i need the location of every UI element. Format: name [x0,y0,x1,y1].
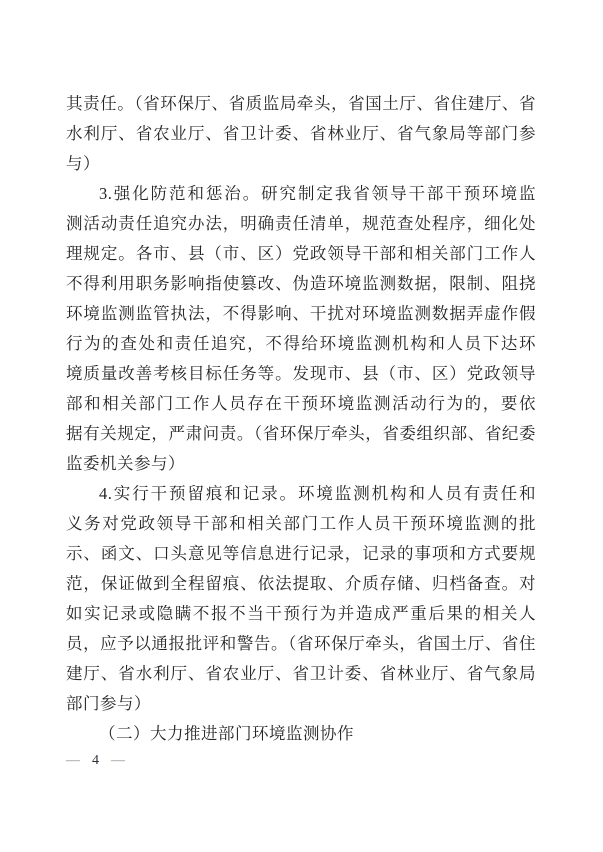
text-line: 部门参与） [66,689,536,719]
text-line-paragraph-4-start: 4.实行干预留痕和记录。环境监测机构和人员有责任和 [66,479,536,509]
text-line: 理规定。各市、县（市、区）党政领导干部和相关部门工作人员 [66,239,536,269]
text-line: 据有关规定，严肃问责。（省环保厅牵头，省委组织部、省纪委 [66,419,536,449]
text-line: 测活动责任追究办法，明确责任清单，规范查处程序，细化处 [66,209,536,239]
footer-left-dash: — [66,752,80,770]
text-line: 其责任。（省环保厅、省质监局牵头，省国土厅、省住建厅、省 [66,89,536,119]
text-line: 不得利用职务影响指使篡改、伪造环境监测数据，限制、阻挠 [66,269,536,299]
text-line: 环境监测监管执法，不得影响、干扰对环境监测数据弄虚作假 [66,299,536,329]
text-line: 员，应予以通报批评和警告。（省环保厅牵头，省国土厅、省住 [66,629,536,659]
text-line: 义务对党政领导干部和相关部门工作人员干预环境监测的批 [66,509,536,539]
text-line-paragraph-3-start: 3.强化防范和惩治。研究制定我省领导干部干预环境监 [66,179,536,209]
text-line: 水利厅、省农业厅、省卫计委、省林业厅、省气象局等部门参 [66,119,536,149]
text-line: 范，保证做到全程留痕、依法提取、介质存储、归档备查。对不 [66,569,536,599]
text-line: 监委机关参与） [66,449,536,479]
footer-right-dash: — [111,752,125,770]
text-line: 与） [66,149,536,179]
section-heading: （二）大力推进部门环境监测协作 [66,719,536,749]
text-line: 部和相关部门工作人员存在干预环境监测活动行为的，要依 [66,389,536,419]
text-line: 示、函文、口头意见等信息进行记录，记录的事项和方式要规 [66,539,536,569]
text-line: 境质量改善考核目标任务等。发现市、县（市、区）党政领导干 [66,359,536,389]
document-body: 其责任。（省环保厅、省质监局牵头，省国土厅、省住建厅、省 水利厅、省农业厅、省卫… [66,89,536,749]
document-page: 其责任。（省环保厅、省质监局牵头，省国土厅、省住建厅、省 水利厅、省农业厅、省卫… [0,0,603,852]
text-line: 建厅、省水利厅、省农业厅、省卫计委、省林业厅、省气象局等 [66,659,536,689]
page-footer: —4— [66,752,266,770]
text-line: 如实记录或隐瞒不报不当干预行为并造成严重后果的相关人 [66,599,536,629]
page-number: 4 [92,752,99,770]
text-line: 行为的查处和责任追究，不得给环境监测机构和人员下达环 [66,329,536,359]
